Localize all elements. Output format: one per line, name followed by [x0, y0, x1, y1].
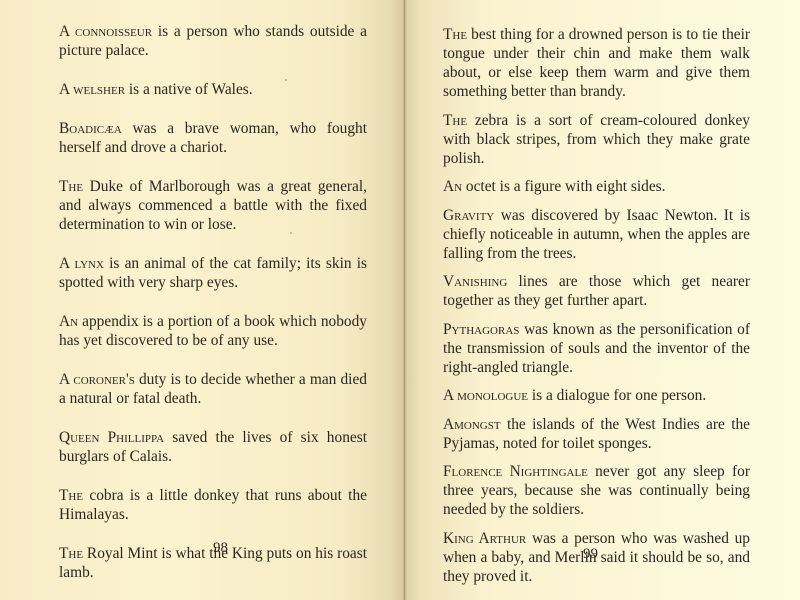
entry: A connoisseur is a person who stands out… [59, 22, 367, 60]
page-number-right: 99 [583, 546, 598, 563]
entry-text: is an animal of the cat family; its skin… [59, 255, 367, 291]
entry: A monologue is a dialogue for one person… [443, 386, 750, 405]
entry: An appendix is a portion of a book which… [59, 312, 367, 350]
entry-lead: Pythagoras [443, 321, 519, 338]
right-page-entries: The best thing for a drowned person is t… [443, 25, 750, 595]
entry-lead: Amongst [443, 416, 501, 433]
entry-text: best thing for a drowned person is to ti… [443, 26, 750, 100]
entry: A lynx is an animal of the cat family; i… [59, 254, 367, 292]
entry-text: cobra is a little donkey that runs about… [59, 487, 367, 523]
entry: An octet is a figure with eight sides. [443, 177, 750, 196]
book-spread: A connoisseur is a person who stands out… [0, 0, 800, 600]
entry-lead: The [443, 112, 467, 129]
entry-text: zebra is a sort of cream-coloured donkey… [443, 112, 750, 167]
entry-text: appendix is a portion of a book which no… [59, 313, 367, 349]
right-page: The best thing for a drowned person is t… [405, 0, 800, 600]
entry: The zebra is a sort of cream-coloured do… [443, 111, 750, 168]
entry-lead: King Arthur [443, 530, 526, 547]
entry: Queen Phillippa saved the lives of six h… [59, 428, 367, 466]
entry-lead: The [443, 26, 467, 43]
entry-text: is a dialogue for one person. [528, 387, 706, 404]
left-page: A connoisseur is a person who stands out… [0, 0, 405, 600]
entry-lead: Queen Phillippa [59, 429, 164, 446]
entry-lead: A welsher [59, 81, 125, 98]
entry-lead: Boadicæa [59, 120, 122, 137]
entry-lead: An [443, 178, 462, 195]
paper-speck [285, 79, 287, 81]
entry-lead: A coroner's [59, 371, 135, 388]
entry: The best thing for a drowned person is t… [443, 25, 750, 101]
entry: The cobra is a little donkey that runs a… [59, 486, 367, 524]
entry: Boadicæa was a brave woman, who fought h… [59, 119, 367, 157]
entry-lead: The [59, 545, 83, 562]
entry-lead: Vanishing [443, 273, 507, 290]
entry-lead: The [59, 178, 83, 195]
entry-lead: A monologue [443, 387, 528, 404]
entry-lead: A lynx [59, 255, 104, 272]
entry-text: is a native of Wales. [125, 81, 253, 98]
entry-lead: Florence Nightingale [443, 463, 588, 480]
entry-text: Duke of Marlborough was a great general,… [59, 178, 367, 233]
entry: Amongst the islands of the West Indies a… [443, 415, 750, 453]
entry: Pythagoras was known as the personificat… [443, 320, 750, 377]
entry: Florence Nightingale never got any sleep… [443, 462, 750, 519]
entry-lead: A connoisseur [59, 23, 152, 40]
entry-lead: The [59, 487, 83, 504]
entry-text: octet is a figure with eight sides. [462, 178, 665, 195]
entry: Gravity was discovered by Isaac Newton. … [443, 206, 750, 263]
entry: A welsher is a native of Wales. [59, 80, 367, 99]
entry-lead: Gravity [443, 207, 494, 224]
book-gutter [403, 0, 406, 600]
page-number-left: 98 [213, 540, 228, 557]
paper-speck [290, 232, 292, 234]
entry: The Duke of Marlborough was a great gene… [59, 177, 367, 234]
entry-lead: An [59, 313, 78, 330]
entry: Vanishing lines are those which get near… [443, 272, 750, 310]
entry: A coroner's duty is to decide whether a … [59, 370, 367, 408]
left-page-entries: A connoisseur is a person who stands out… [59, 22, 367, 600]
